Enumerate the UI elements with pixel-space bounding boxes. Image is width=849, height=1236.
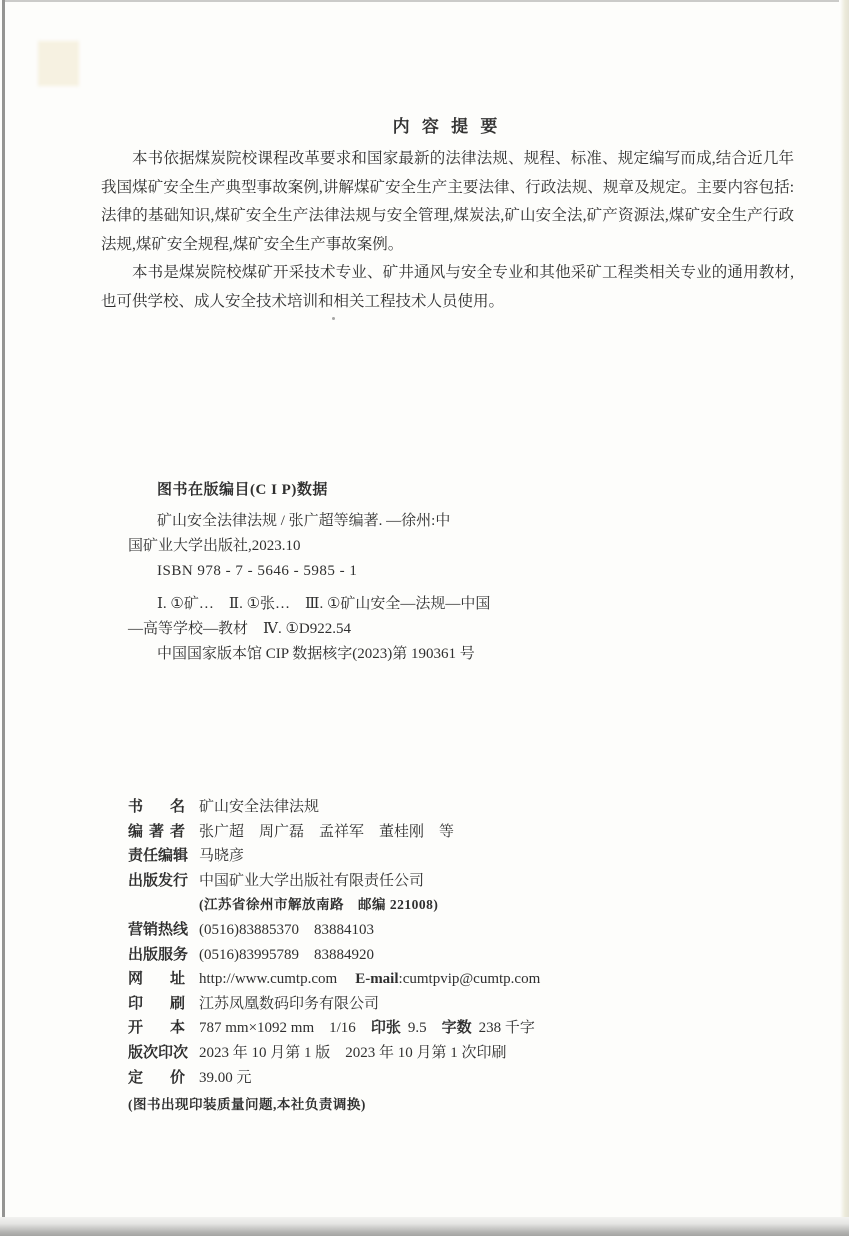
scan-left-edge <box>2 0 5 1236</box>
colophon-label: 出版发行 <box>128 869 185 894</box>
editor-value: 马晓彦 <box>199 844 244 869</box>
colophon-row-edition: 版次印次 2023 年 10 月第 1 版 2023 年 10 月第 1 次印刷 <box>128 1041 728 1066</box>
content-summary-heading: 内 容 提 要 <box>101 112 793 137</box>
cip-title-line: 矿山安全法律法规 / 张广超等编著. —徐州:中 <box>128 509 698 534</box>
colophon-label: 编著者 <box>128 820 185 845</box>
scan-bottom-edge <box>0 1217 849 1236</box>
edition-value: 2023 年 10 月第 1 版 2023 年 10 月第 1 次印刷 <box>199 1041 507 1066</box>
colophon-row-publisher: 出版发行 中国矿业大学出版社有限责任公司 <box>128 869 728 894</box>
scanned-book-copyright-page: 内 容 提 要 本书依据煤炭院校课程改革要求和国家最新的法律法规、规程、标准、规… <box>0 0 849 1236</box>
colophon-label: 网址 <box>128 967 185 992</box>
colophon-row-website: 网址 http://www.cumtp.comE-mail:cumtpvip@c… <box>128 967 728 992</box>
colophon-row-printer: 印刷 江苏凤凰数码印务有限公司 <box>128 992 728 1017</box>
authors-value: 张广超 周广磊 孟祥军 董桂刚 等 <box>199 820 454 845</box>
content-summary-body: 本书依据煤炭院校课程改革要求和国家最新的法律法规、规程、标准、规定编写而成,结合… <box>101 145 794 316</box>
format-value: 787 mm×1092 mm 1/16印张9.5字数238 千字 <box>199 1016 535 1041</box>
colophon-label: 印刷 <box>128 992 185 1017</box>
colophon-row-authors: 编著者 张广超 周广磊 孟祥军 董桂刚 等 <box>128 820 728 845</box>
cip-classification-line: Ⅰ. ①矿… Ⅱ. ①张… Ⅲ. ①矿山安全—法规—中国 <box>128 592 698 617</box>
word-count-label: 字数 <box>442 1020 472 1036</box>
colophon-label: 开本 <box>128 1016 185 1041</box>
cip-classification-line: —高等学校—教材 Ⅳ. ①D922.54 <box>128 617 698 642</box>
cip-heading: 图书在版编目(C I P)数据 <box>128 478 698 503</box>
colophon-block: 书名 矿山安全法律法规 编著者 张广超 周广磊 孟祥军 董桂刚 等 责任编辑 马… <box>128 795 728 1117</box>
scan-top-edge <box>5 0 839 2</box>
colophon-row-format: 开本 787 mm×1092 mm 1/16印张9.5字数238 千字 <box>128 1016 728 1041</box>
colophon-label: 书名 <box>128 795 185 820</box>
colophon-row-price: 定价 39.00 元 <box>128 1066 728 1091</box>
cip-data-block: 图书在版编目(C I P)数据 矿山安全法律法规 / 张广超等编著. —徐州:中… <box>128 478 698 667</box>
printer-value: 江苏凤凰数码印务有限公司 <box>199 992 379 1017</box>
colophon-row-editor: 责任编辑 马晓彦 <box>128 844 728 869</box>
colophon-label: 定价 <box>128 1066 185 1091</box>
publishing-service-value: (0516)83995789 83884920 <box>199 943 374 968</box>
summary-paragraph: 本书是煤炭院校煤矿开采技术专业、矿井通风与安全专业和其他采矿工程类相关专业的通用… <box>101 259 794 316</box>
cip-record-number: 中国国家版本馆 CIP 数据核字(2023)第 190361 号 <box>128 642 698 667</box>
scan-artifact-speck <box>332 317 335 320</box>
colophon-row-sales-hotline: 营销热线 (0516)83885370 83884103 <box>128 918 728 943</box>
cip-isbn: ISBN 978 - 7 - 5646 - 5985 - 1 <box>128 559 698 584</box>
book-title-value: 矿山安全法律法规 <box>199 795 319 820</box>
publisher-address: (江苏省徐州市解放南路 邮编 221008) <box>128 893 728 918</box>
colophon-row-book-title: 书名 矿山安全法律法规 <box>128 795 728 820</box>
scan-artifact-blotch <box>38 41 79 86</box>
colophon-label: 营销热线 <box>128 918 185 943</box>
word-count-value: 238 千字 <box>479 1020 535 1036</box>
colophon-row-publishing-service: 出版服务 (0516)83995789 83884920 <box>128 943 728 968</box>
scan-right-edge <box>840 0 849 1236</box>
colophon-label: 版次印次 <box>128 1041 185 1066</box>
website-url: http://www.cumtp.com <box>199 971 337 987</box>
format-size: 787 mm×1092 mm 1/16 <box>199 1020 356 1036</box>
email-label: E-mail <box>355 971 398 987</box>
print-sheets-label: 印张 <box>371 1020 401 1036</box>
print-sheets-value: 9.5 <box>408 1020 427 1036</box>
quality-exchange-note: (图书出现印装质量问题,本社负责调换) <box>128 1093 728 1117</box>
email-address: :cumtpvip@cumtp.com <box>399 971 541 987</box>
cip-title-line: 国矿业大学出版社,2023.10 <box>128 534 698 559</box>
colophon-label: 出版服务 <box>128 943 185 968</box>
sales-hotline-value: (0516)83885370 83884103 <box>199 918 374 943</box>
colophon-label: 责任编辑 <box>128 844 185 869</box>
publisher-value: 中国矿业大学出版社有限责任公司 <box>199 869 424 894</box>
price-value: 39.00 元 <box>199 1066 252 1091</box>
website-value: http://www.cumtp.comE-mail:cumtpvip@cumt… <box>199 967 540 992</box>
summary-paragraph: 本书依据煤炭院校课程改革要求和国家最新的法律法规、规程、标准、规定编写而成,结合… <box>101 145 794 259</box>
